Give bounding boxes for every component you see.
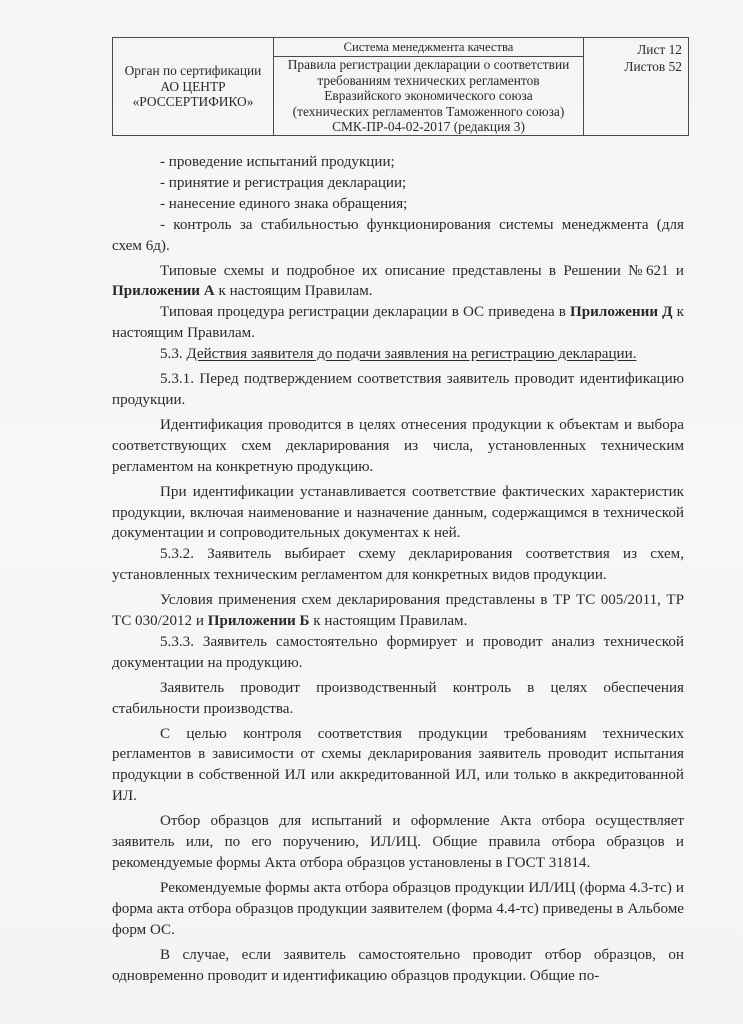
paragraph-testing: С целью контроля соответствия продукции … bbox=[112, 724, 684, 808]
paragraph-typical-schemes: Типовые схемы и подробное их описание пр… bbox=[112, 261, 684, 303]
paragraph-forms: Рекомендуемые формы акта отбора образцов… bbox=[112, 878, 684, 941]
paragraph-typical-procedure: Типовая процедура регистрации декларации… bbox=[112, 302, 684, 344]
bullet-item: - контроль за стабильностью функциониров… bbox=[112, 215, 684, 257]
sheet-number: Лист 12 bbox=[584, 41, 682, 58]
system-title: Система менеджмента качества bbox=[344, 40, 514, 54]
paragraph-5-3-3: 5.3.3. Заявитель самостоятельно формируе… bbox=[112, 632, 684, 674]
document-code: СМК-ПР-04-02-2017 (редакция 3) bbox=[274, 119, 583, 135]
paragraph-5-3-1: 5.3.1. Перед подтверждением соответствия… bbox=[112, 369, 684, 411]
section-heading-5-3: 5.3. Действия заявителя до подачи заявле… bbox=[112, 344, 684, 365]
sheet-info-cell: Лист 12 Листов 52 bbox=[584, 38, 689, 136]
organization-line-3: «РОССЕРТИФИКО» bbox=[113, 94, 273, 110]
document-page: Орган по сертификации АО ЦЕНТР «РОССЕРТИ… bbox=[0, 0, 743, 1024]
paragraph-5-3-2: 5.3.2. Заявитель выбирает схему декларир… bbox=[112, 544, 684, 586]
system-title-cell: Система менеджмента качества bbox=[274, 38, 584, 57]
document-body: - проведение испытаний продукции; - прин… bbox=[112, 152, 684, 986]
organization-line-2: АО ЦЕНТР bbox=[113, 79, 273, 95]
paragraph-identification-details: При идентификации устанавливается соотве… bbox=[112, 482, 684, 545]
appendix-a-ref: Приложении А bbox=[112, 283, 215, 299]
organization-cell: Орган по сертификации АО ЦЕНТР «РОССЕРТИ… bbox=[113, 38, 274, 136]
bullet-item: - проведение испытаний продукции; bbox=[112, 152, 684, 173]
section-number: 5.3. bbox=[160, 346, 186, 362]
document-header-table: Орган по сертификации АО ЦЕНТР «РОССЕРТИ… bbox=[112, 37, 689, 136]
paragraph-identification: Идентификация проводится в целях отнесен… bbox=[112, 415, 684, 478]
document-title-line-2: требованиям технических регламентов bbox=[274, 73, 583, 89]
paragraph-production-control: Заявитель проводит производственный конт… bbox=[112, 678, 684, 720]
bullet-item: - принятие и регистрация декларации; bbox=[112, 173, 684, 194]
paragraph-conditions: Условия применения схем декларирования п… bbox=[112, 590, 684, 632]
document-title-line-1: Правила регистрации декларации о соответ… bbox=[274, 57, 583, 73]
sheets-total: Листов 52 bbox=[584, 58, 682, 75]
appendix-b-ref: Приложении Б bbox=[208, 613, 310, 629]
appendix-d-ref: Приложении Д bbox=[570, 304, 673, 320]
organization-line-1: Орган по сертификации bbox=[113, 63, 273, 79]
document-title-cell: Правила регистрации декларации о соответ… bbox=[274, 57, 584, 136]
paragraph-sampling: Отбор образцов для испытаний и оформлени… bbox=[112, 811, 684, 874]
document-title-line-4: (технических регламентов Таможенного сою… bbox=[274, 104, 583, 120]
section-title: Действия заявителя до подачи заявления н… bbox=[186, 346, 636, 362]
bullet-item: - нанесение единого знака обращения; bbox=[112, 194, 684, 215]
paragraph-case: В случае, если заявитель самостоятельно … bbox=[112, 945, 684, 987]
document-title-line-3: Евразийского экономического союза bbox=[274, 88, 583, 104]
